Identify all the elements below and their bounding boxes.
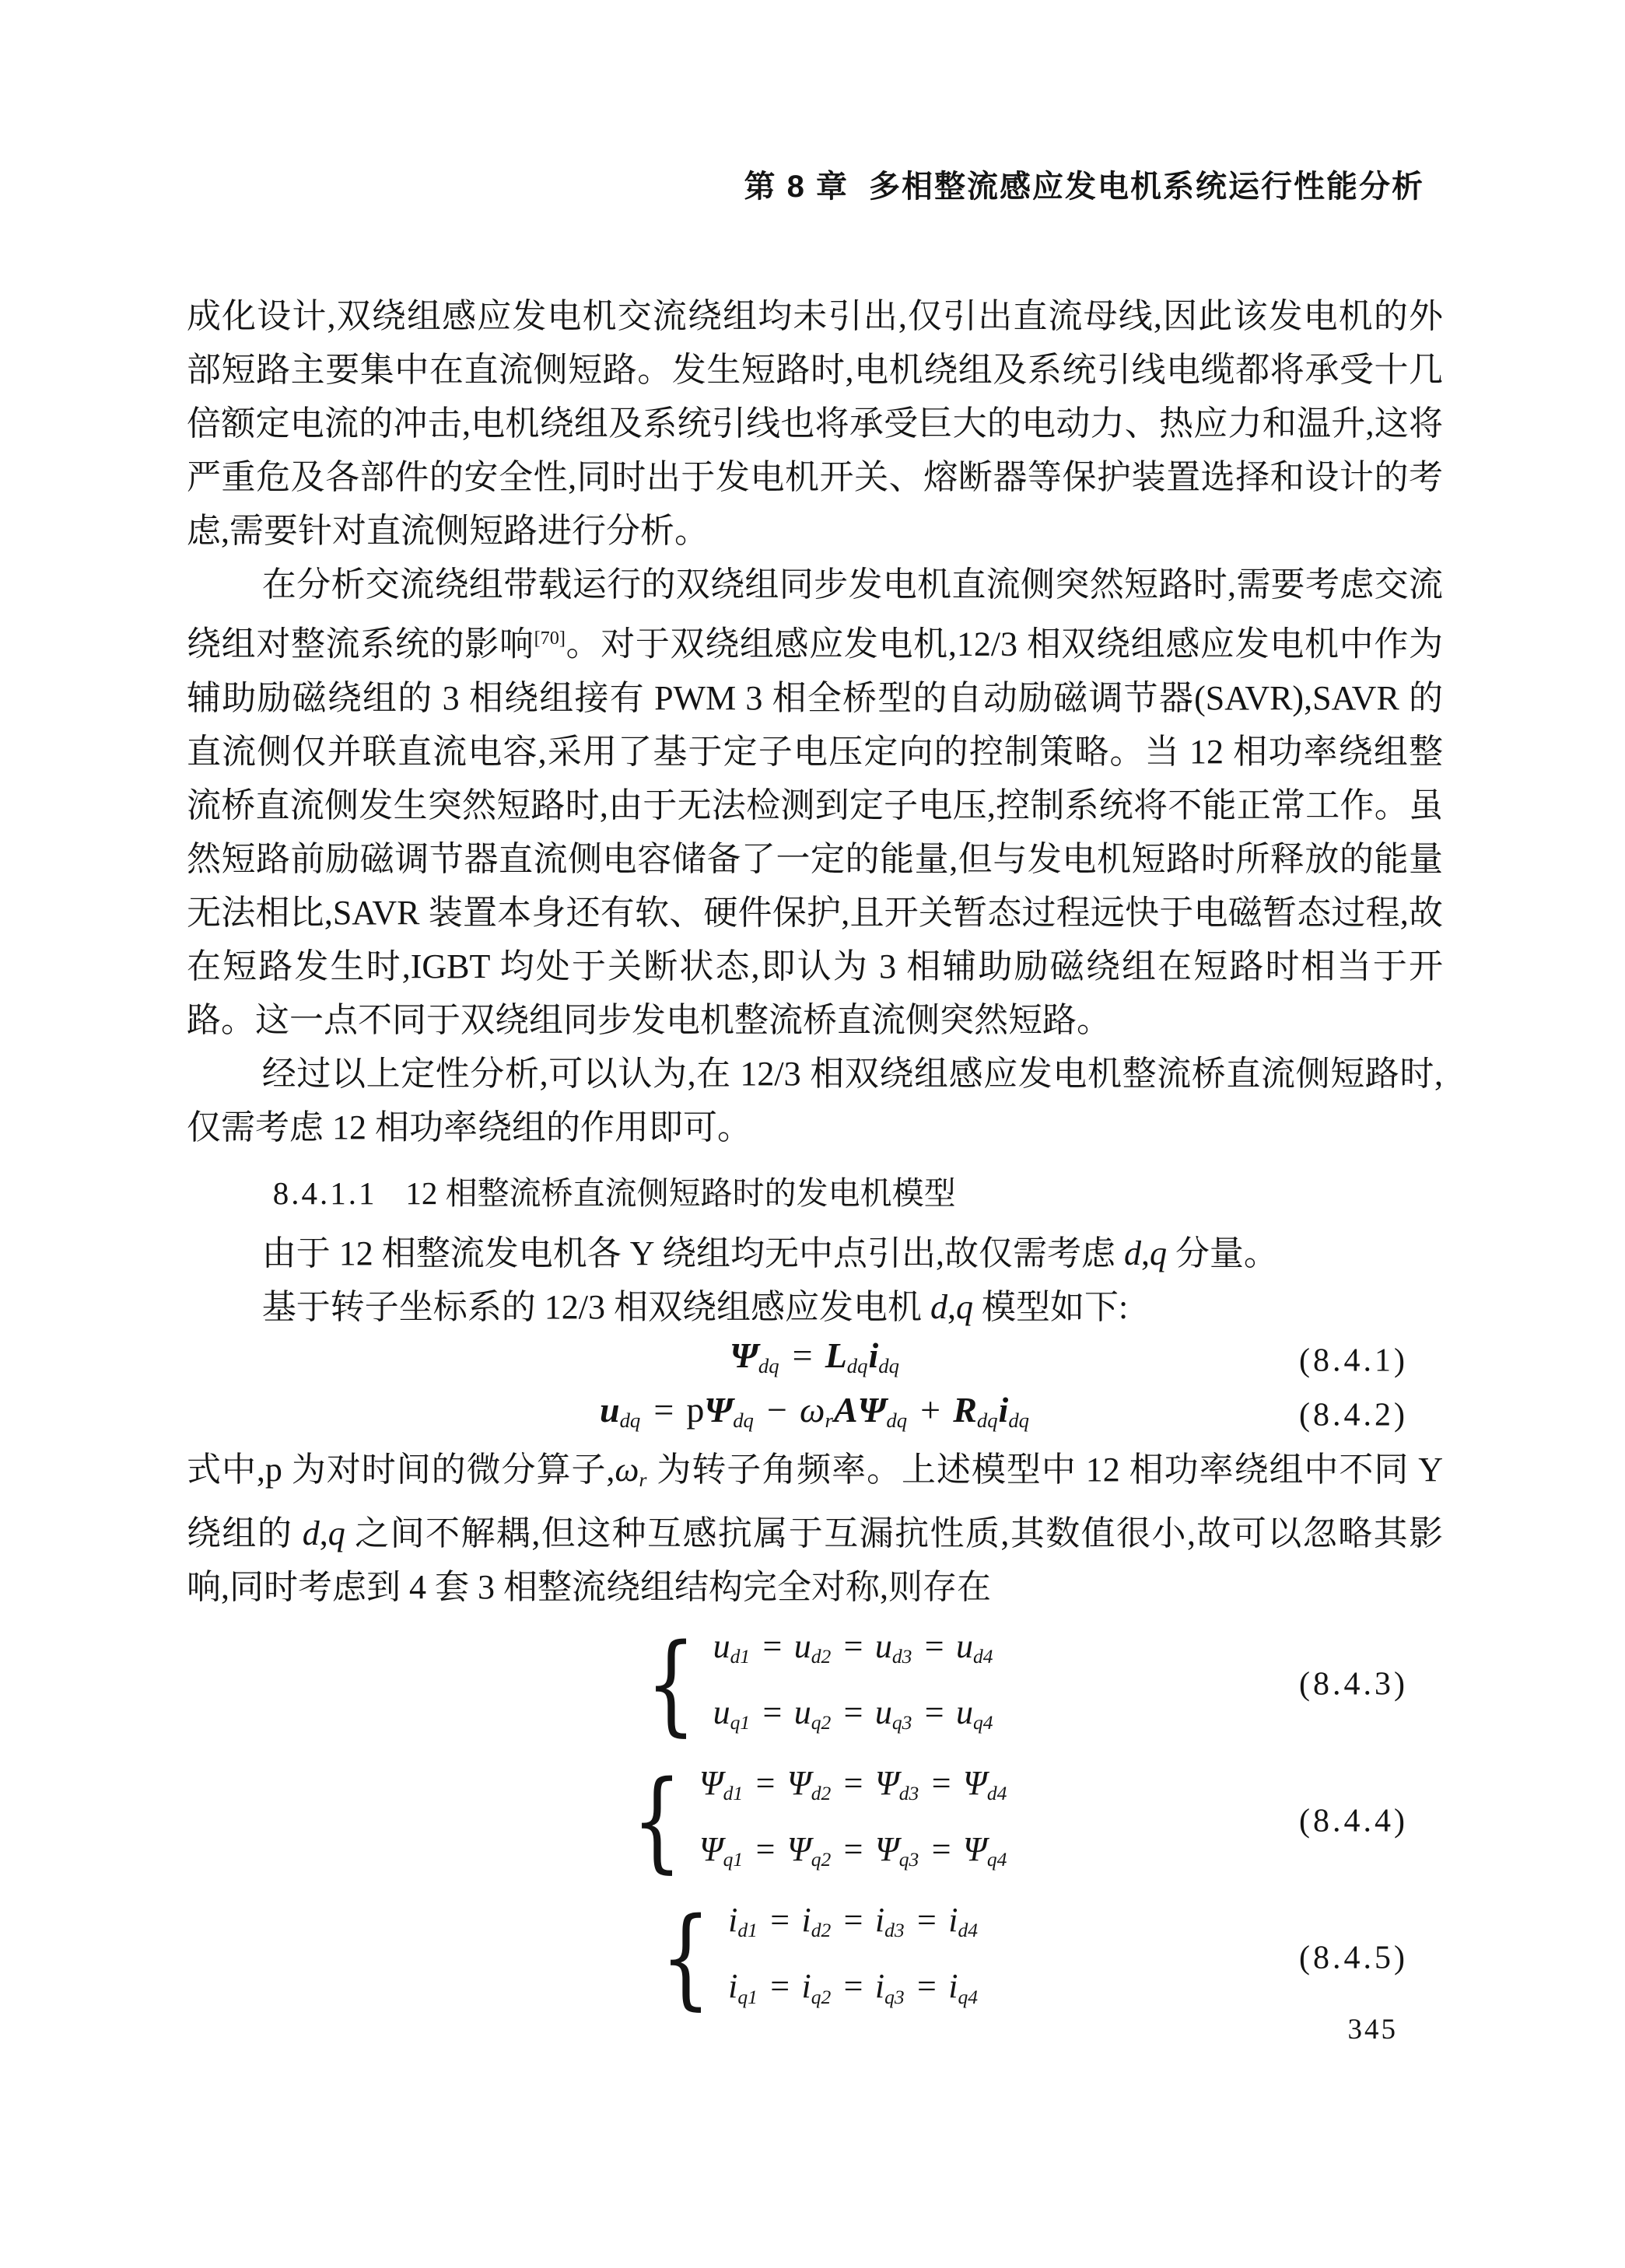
page-footer: 345 (1348, 2013, 1399, 2046)
paragraph-model-intro: 基于转子坐标系的 12/3 相双绕组感应发电机 d,q 模型如下: (187, 1280, 1443, 1334)
equation-line: Ψq1 = Ψq2 = Ψq3 = Ψq4 (699, 1822, 1008, 1888)
equation-number: (8.4.2) (1299, 1388, 1408, 1442)
equation-line: Ψd1 = Ψd2 = Ψd3 = Ψd4 (699, 1755, 1008, 1822)
equation-number: (8.4.5) (1299, 1932, 1408, 1986)
equation-number: (8.4.4) (1299, 1795, 1408, 1849)
equation-8-4-4: { Ψd1 = Ψd2 = Ψd3 = Ψd4 Ψq1 = Ψq2 = Ψq3 … (187, 1755, 1443, 1888)
equation-8-4-2: udq = pΨdq − ωrAΨdq + Rdqidq (8.4.2) (187, 1388, 1443, 1443)
page-number: 345 (1348, 2014, 1399, 2046)
chapter-title: 多相整流感应发电机系统运行性能分析 (869, 170, 1424, 204)
paragraph-dq-components: 由于 12 相整流发电机各 Y 绕组均无中点引出,故仅需考虑 d,q 分量。 (187, 1227, 1443, 1280)
left-brace-icon: { (646, 1630, 695, 1739)
running-header: 第 8 章多相整流感应发电机系统运行性能分析 (744, 170, 1424, 204)
page-body: 成化设计,双绕组感应发电机交流绕组均未引出,仅引出直流母线,因此该发电机的外部短… (187, 289, 1443, 2030)
paragraph-model-explanation: 式中,p 为对时间的微分算子,ωr 为转子角频率。上述模型中 12 相功率绕组中… (187, 1443, 1443, 1614)
left-brace-icon: { (632, 1767, 681, 1876)
equation-8-4-3: { ud1 = ud2 = ud3 = ud4 uq1 = uq2 = uq3 … (187, 1619, 1443, 1751)
equation-line: ud1 = ud2 = ud3 = ud4 (713, 1619, 994, 1685)
equation-8-4-1: Ψdq = Ldqidq (8.4.1) (187, 1334, 1443, 1388)
equation-number: (8.4.1) (1299, 1334, 1408, 1388)
book-page: 第 8 章多相整流感应发电机系统运行性能分析 成化设计,双绕组感应发电机交流绕组… (0, 0, 1625, 2268)
equation-8-4-5: { id1 = id2 = id3 = id4 iq1 = iq2 = iq3 … (187, 1892, 1443, 2025)
equation-number: (8.4.3) (1299, 1657, 1408, 1711)
section-title: 12 相整流桥直流侧短路时的发电机模型 (405, 1175, 955, 1211)
section-heading: 8.4.1.112 相整流桥直流侧短路时的发电机模型 (187, 1167, 1443, 1220)
section-number: 8.4.1.1 (273, 1175, 377, 1211)
equation-line: id1 = id2 = id3 = id4 (728, 1892, 979, 1958)
chapter-number: 第 8 章 (744, 170, 849, 204)
equation-line: iq1 = iq2 = iq3 = iq4 (728, 1958, 979, 2025)
paragraph-qualitative-conclusion: 经过以上定性分析,可以认为,在 12/3 相双绕组感应发电机整流桥直流侧短路时,… (187, 1047, 1443, 1154)
paragraph-continuation: 成化设计,双绕组感应发电机交流绕组均未引出,仅引出直流母线,因此该发电机的外部短… (187, 289, 1443, 558)
paragraph-dc-short-circuit-analysis: 在分析交流绕组带载运行的双绕组同步发电机直流侧突然短路时,需要考虑交流绕组对整流… (187, 558, 1443, 1047)
equation-line: uq1 = uq2 = uq3 = uq4 (713, 1685, 994, 1751)
equation-expression: udq = pΨdq − ωrAΨdq + Rdqidq (600, 1383, 1030, 1447)
left-brace-icon: { (661, 1904, 711, 2013)
